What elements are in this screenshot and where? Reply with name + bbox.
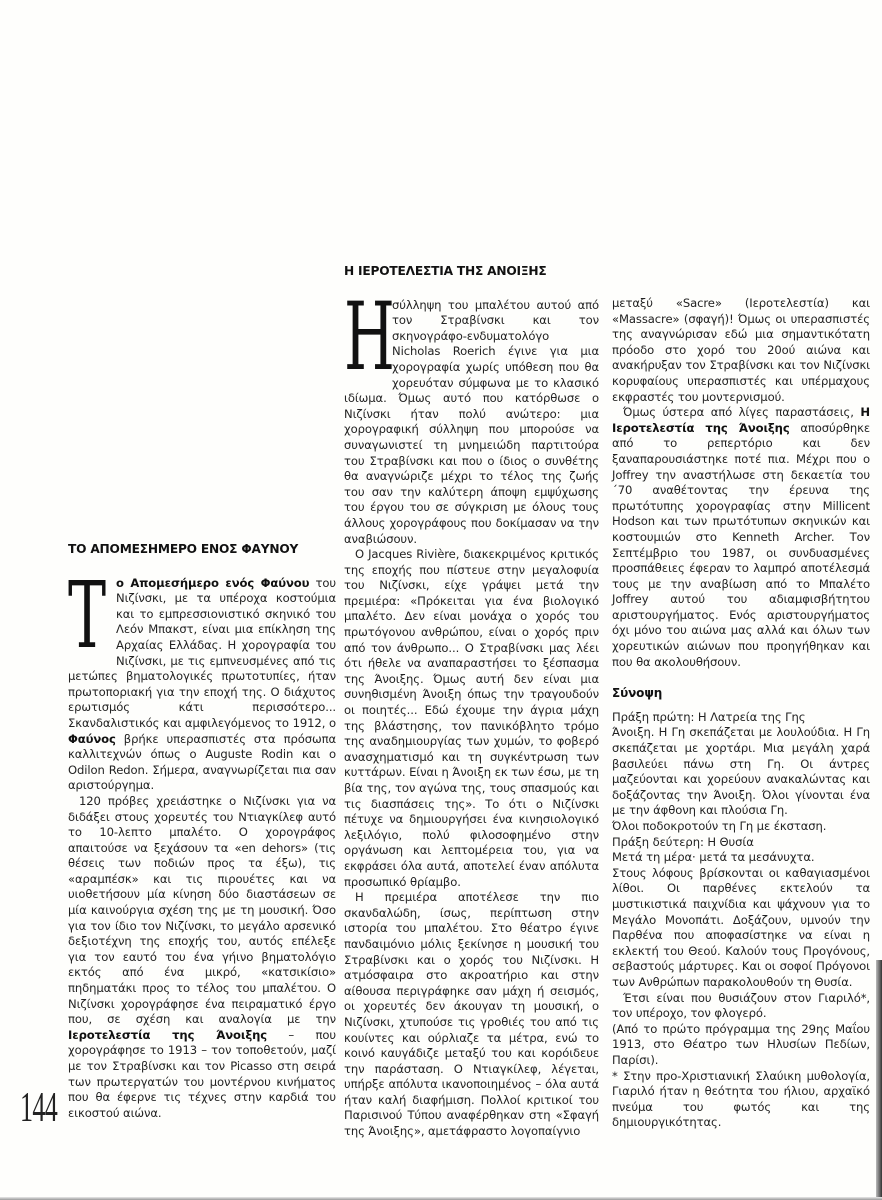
continuation-paragraph: μεταξύ «Sacre» (Ιεροτελεστία) και «Massa… xyxy=(612,296,870,405)
act1-text: Άνοιξη. Η Γη σκεπάζεται με λουλούδια. Η … xyxy=(612,725,870,819)
section-title-faun: ΤΟ ΑΠΟΜΕΣΗΜΕΡΟ ΕΝΟΣ ΦΑΥΝΟΥ xyxy=(68,542,336,558)
faun-text: 120 πρόβες χρειάστηκε ο Νιζίνσκι για να … xyxy=(68,794,336,1026)
left-column-faun-article: ΤΟ ΑΠΟΜΕΣΗΜΕΡΟ ΕΝΟΣ ΦΑΥΝΟΥ Tο Απομεσήμερ… xyxy=(68,542,336,1121)
faun-paragraph-1: Tο Απομεσήμερο ενός Φαύνου του Νιζίνσκι,… xyxy=(68,576,336,794)
rite-title-bold: Ιεροτελεστία της Άνοιξης xyxy=(68,1028,267,1042)
act1-title: Πράξη πρώτη: Η Λατρεία της Γης xyxy=(612,710,870,726)
right-column-continuation: μεταξύ «Sacre» (Ιεροτελεστία) και «Massa… xyxy=(612,296,870,1131)
dropcap-letter: Η xyxy=(344,300,369,378)
act2-text: Στους λόφους βρίσκονται οι καθαγιασμένοι… xyxy=(612,866,870,991)
section-title-rite: Η ΙΕΡΟΤΕΛΕΣΤΙΑ ΤΗΣ ΑΝΟΙΞΗΣ xyxy=(344,264,599,280)
body-text: Όμως ύστερα από λίγες παραστάσεις, xyxy=(623,405,860,419)
act2-title: Πράξη δεύτερη: Η Θυσία xyxy=(612,835,870,851)
faun-name-bold: Φαύνος xyxy=(68,732,116,746)
body-text: αποσύρθηκε από το ρεπερτόριο και δεν ξαν… xyxy=(612,421,870,669)
page-number: 144 xyxy=(20,1085,57,1131)
rite-paragraph-3: Η πρεμιέρα αποτέλεσε την πιο σκανδαλώδη,… xyxy=(344,890,599,1140)
rite-paragraph-2: Ο Jacques Rivière, διακεκριμένος κριτικό… xyxy=(344,547,599,890)
footnote: * Στην προ-Χριστιανική Σλαύικη μυθολογία… xyxy=(612,1069,870,1131)
act2-line-1: Μετά τη μέρα· μετά τα μεσάνυχτα. xyxy=(612,850,870,866)
synopsis-heading: Σύνοψη xyxy=(612,686,870,702)
withdrawal-paragraph: Όμως ύστερα από λίγες παραστάσεις, Η Ιερ… xyxy=(612,405,870,670)
faun-paragraph-2: 120 πρόβες χρειάστηκε ο Νιζίνσκι για να … xyxy=(68,794,336,1121)
sacrifice-line: Έτσι είναι που θυσιάζουν στον Γιαριλό*, … xyxy=(612,991,870,1022)
page-edge-shadow xyxy=(876,960,882,1200)
middle-column-rite-article: Η ΙΕΡΟΤΕΛΕΣΤΙΑ ΤΗΣ ΑΝΟΙΞΗΣ Ησύλληψη του … xyxy=(344,264,599,1140)
act1-text-2: Όλοι ποδοκροτούν τη Γη με έκσταση. xyxy=(612,819,870,835)
faun-text: του Νιζίνσκι, με τα υπέροχα κοστούμια κα… xyxy=(68,576,336,730)
dropcap-letter: T xyxy=(68,578,93,656)
program-note: (Από το πρώτο πρόγραμμα της 29ης Μαΐου 1… xyxy=(612,1022,870,1069)
rite-paragraph-1: Ησύλληψη του μπαλέτου αυτού από τον Στρα… xyxy=(344,298,599,548)
faun-title-bold: ο Απομεσήμερο ενός Φαύνου xyxy=(116,576,309,590)
